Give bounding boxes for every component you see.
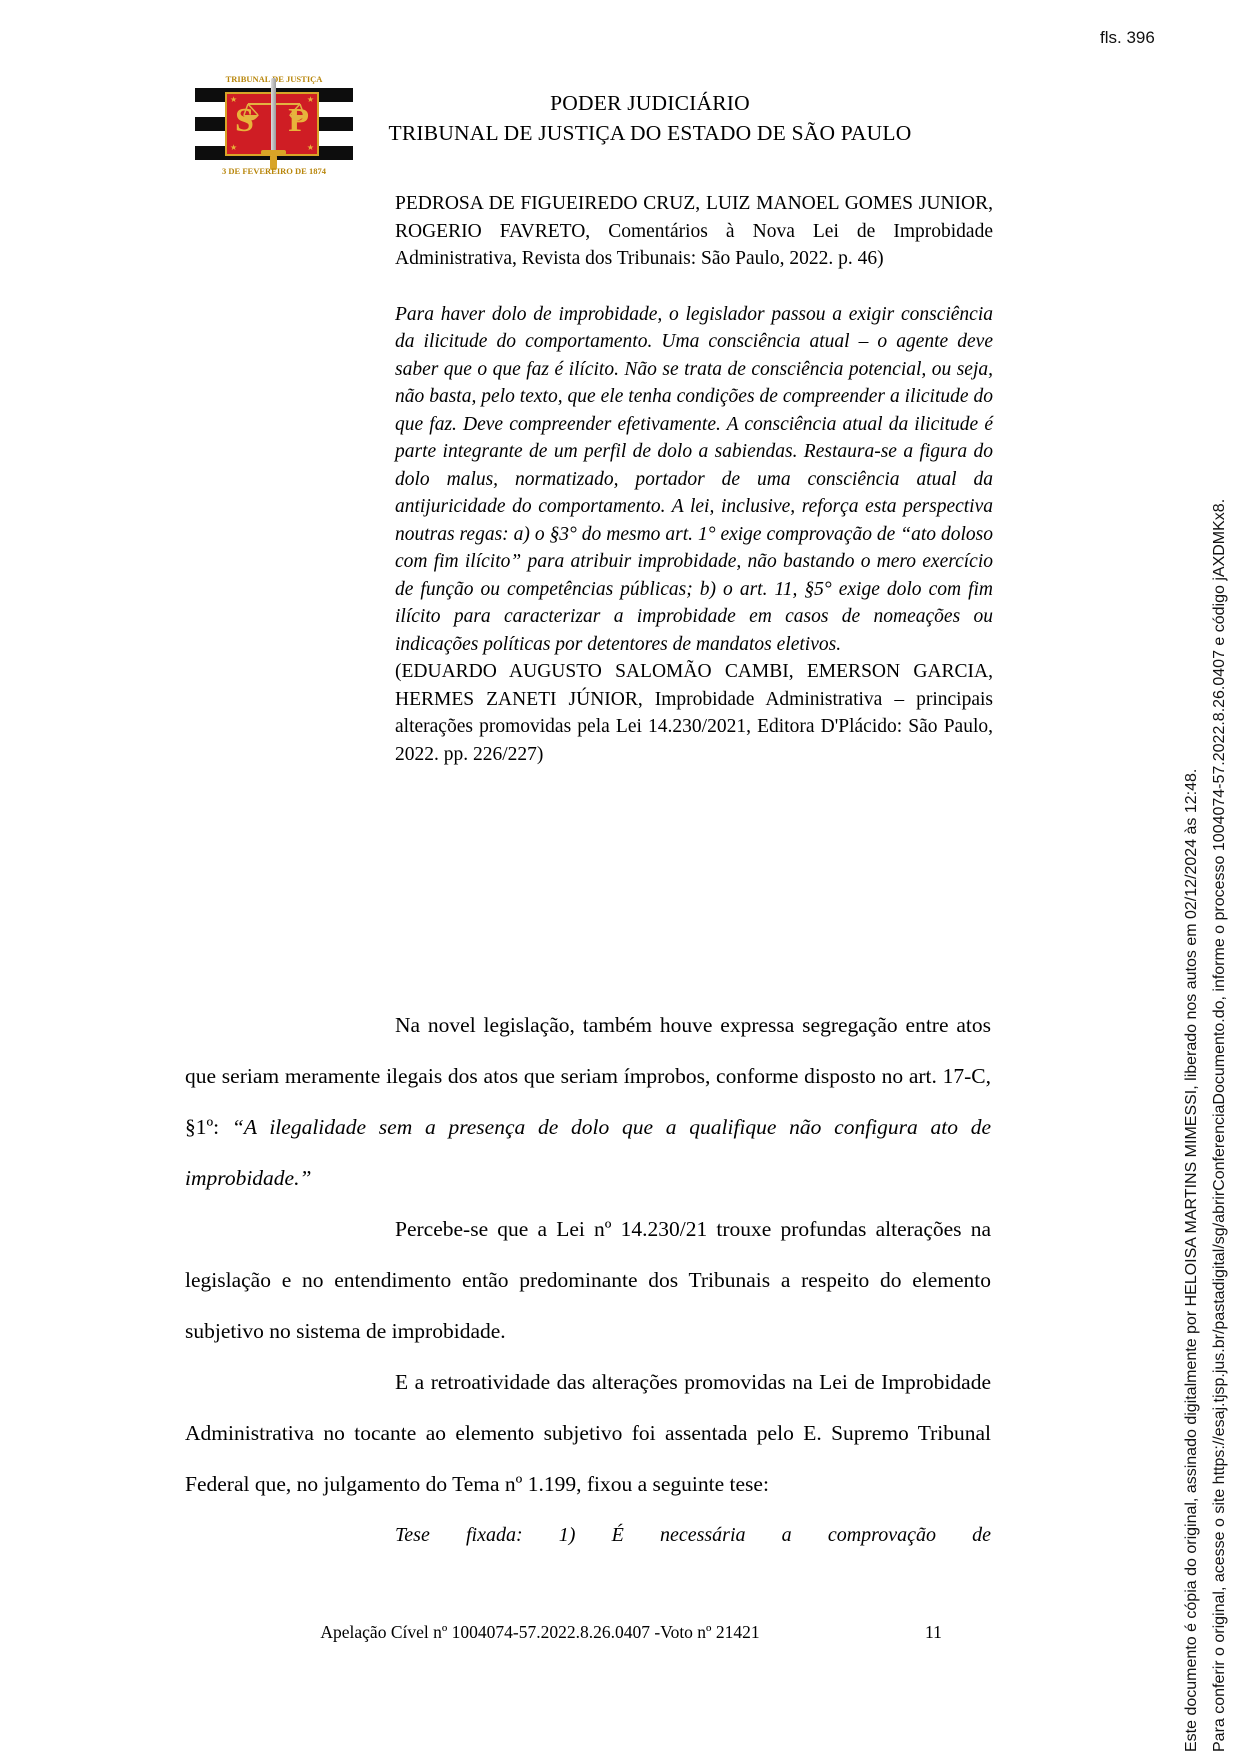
folio-number: fls. 396: [1100, 28, 1155, 48]
quote-gap: [395, 273, 993, 301]
body-paragraph-1: Na novel legislação, também houve expres…: [185, 1000, 991, 1204]
opinion-body: Na novel legislação, também houve expres…: [185, 1000, 991, 1561]
body-paragraph-2: Percebe-se que a Lei nº 14.230/21 trouxe…: [185, 1204, 991, 1357]
body-paragraph-1-quote: “A ilegalidade sem a presença de dolo qu…: [185, 1115, 991, 1190]
court-header: PODER JUDICIÁRIO TRIBUNAL DE JUSTIÇA DO …: [330, 88, 970, 148]
certification-line-1: Este documento é cópia do original, assi…: [1183, 769, 1201, 1752]
logo-bottom-caption: 3 DE FEVEREIRO DE 1874: [195, 166, 353, 176]
quote-citation-intro: PEDROSA DE FIGUEIREDO CRUZ, LUIZ MANOEL …: [395, 190, 993, 273]
quote-citation-outro: (EDUARDO AUGUSTO SALOMÃO CAMBI, EMERSON …: [395, 658, 993, 768]
page-number: 11: [925, 1622, 942, 1643]
star-icon: ★: [230, 144, 237, 152]
certification-line-2: Para conferir o original, acesse o site …: [1211, 499, 1229, 1752]
body-paragraph-3: E a retroatividade das alterações promov…: [185, 1357, 991, 1510]
document-page: fls. 396 TRIBUNAL DE JUSTIÇA ★ ★ ★ ★ S P…: [0, 0, 1241, 1755]
case-footer: Apelação Cível nº 1004074-57.2022.8.26.0…: [185, 1622, 895, 1643]
quote-italic-text: Para haver dolo de improbidade, o legisl…: [395, 301, 993, 659]
header-line-tribunal: TRIBUNAL DE JUSTIÇA DO ESTADO DE SÃO PAU…: [330, 118, 970, 148]
doctrine-quote-block: PEDROSA DE FIGUEIREDO CRUZ, LUIZ MANOEL …: [395, 190, 993, 768]
tese-fixada-line: Tese fixada: 1) É necessária a comprovaç…: [395, 1510, 991, 1561]
star-icon: ★: [307, 144, 314, 152]
header-line-poder-judiciario: PODER JUDICIÁRIO: [330, 88, 970, 118]
